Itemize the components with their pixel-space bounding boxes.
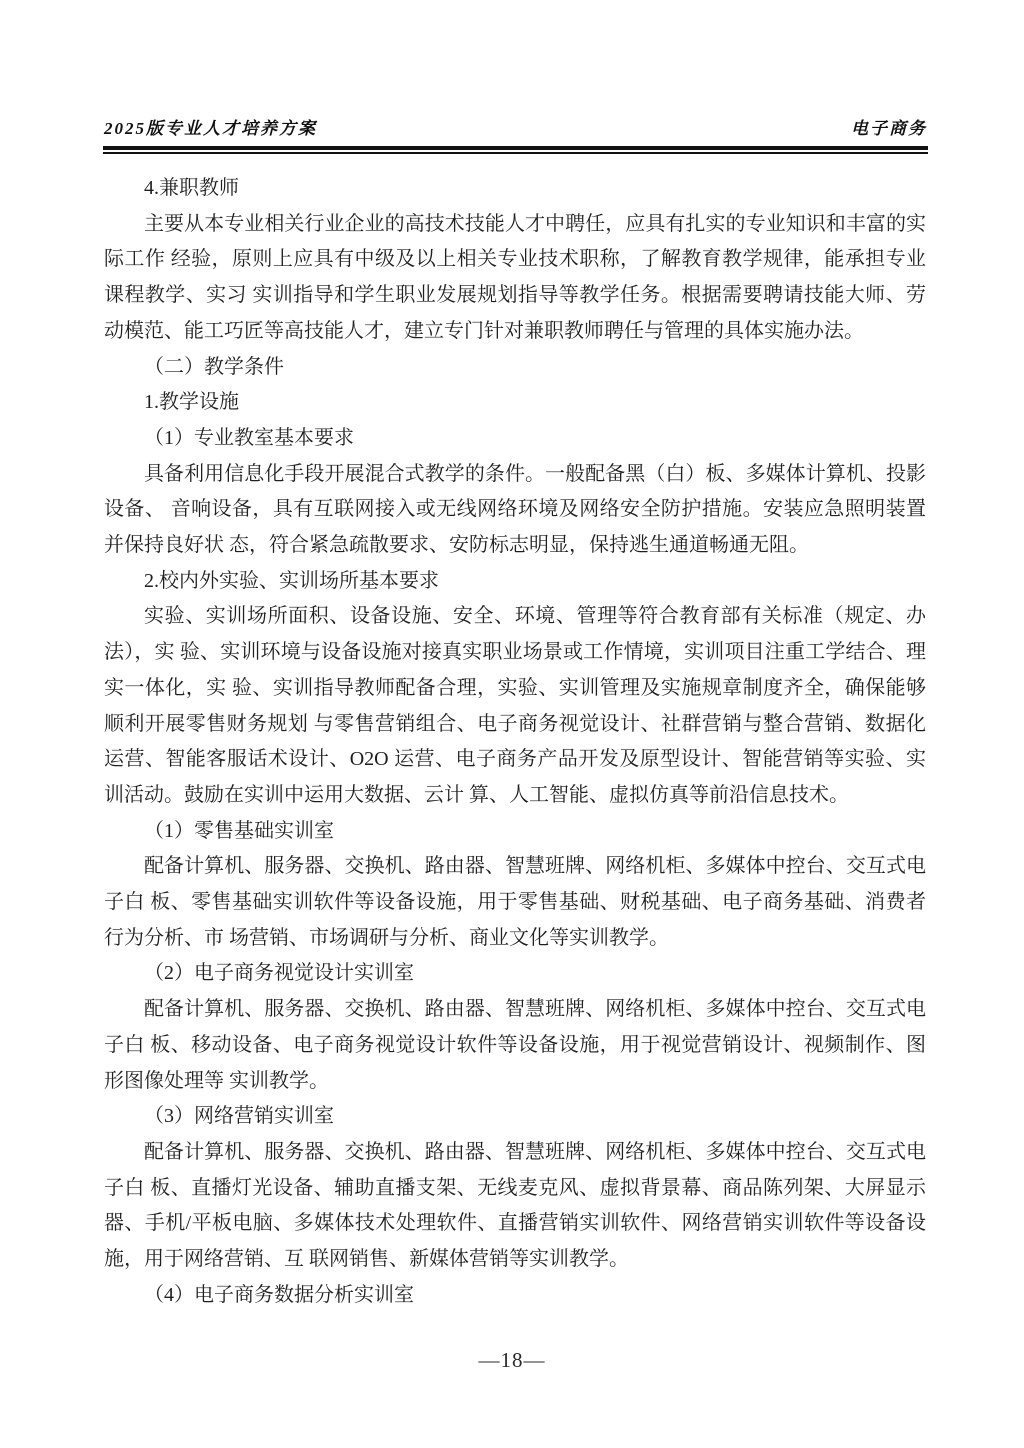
para-data-analysis-lab-heading: （4）电子商务数据分析实训室 bbox=[104, 1278, 926, 1314]
header-rule-thick-line bbox=[103, 146, 928, 150]
header-rule bbox=[103, 146, 928, 154]
para-visual-design-lab-heading: （2）电子商务视觉设计实训室 bbox=[104, 956, 926, 992]
para-part-time-teachers-body: 主要从本专业相关行业企业的高技术技能人才中聘任，应具有扎实的专业知识和丰富的实际… bbox=[104, 207, 926, 350]
para-retail-lab-body: 配备计算机、服务器、交换机、路由器、智慧班牌、网络机柜、多媒体中控台、交互式电子… bbox=[104, 849, 926, 956]
para-training-sites-heading: 2.校内外实验、实训场所基本要求 bbox=[104, 564, 926, 600]
page-header: 2025版专业人才培养方案 电子商务 bbox=[104, 114, 927, 139]
para-network-marketing-lab-heading: （3）网络营销实训室 bbox=[104, 1099, 926, 1135]
para-classroom-requirements-body: 具备利用信息化手段开展混合式教学的条件。一般配备黑（白）板、多媒体计算机、投影设… bbox=[104, 457, 926, 564]
para-network-marketing-lab-body: 配备计算机、服务器、交换机、路由器、智慧班牌、网络机柜、多媒体中控台、交互式电子… bbox=[104, 1135, 926, 1278]
header-right-title: 电子商务 bbox=[851, 114, 927, 139]
para-visual-design-lab-body: 配备计算机、服务器、交换机、路由器、智慧班牌、网络机柜、多媒体中控台、交互式电子… bbox=[104, 992, 926, 1099]
para-training-sites-body: 实验、实训场所面积、设备设施、安全、环境、管理等符合教育部有关标准（规定、办法）… bbox=[104, 599, 926, 813]
page-number: —18— bbox=[479, 1348, 546, 1372]
para-teaching-conditions-heading: （二）教学条件 bbox=[104, 350, 926, 386]
document-page: 2025版专业人才培养方案 电子商务 4.兼职教师 主要从本专业相关行业企业的高… bbox=[0, 0, 1024, 1448]
document-body: 4.兼职教师 主要从本专业相关行业企业的高技术技能人才中聘任，应具有扎实的专业知… bbox=[104, 171, 926, 1314]
header-left-title: 2025版专业人才培养方案 bbox=[104, 114, 317, 139]
para-part-time-teachers-heading: 4.兼职教师 bbox=[104, 171, 926, 207]
para-classroom-requirements-heading: （1）专业教室基本要求 bbox=[104, 421, 926, 457]
page-footer: —18— bbox=[0, 1348, 1024, 1373]
header-rule-thin-line bbox=[103, 152, 928, 154]
para-retail-lab-heading: （1）零售基础实训室 bbox=[104, 814, 926, 850]
para-teaching-facilities-heading: 1.教学设施 bbox=[104, 385, 926, 421]
